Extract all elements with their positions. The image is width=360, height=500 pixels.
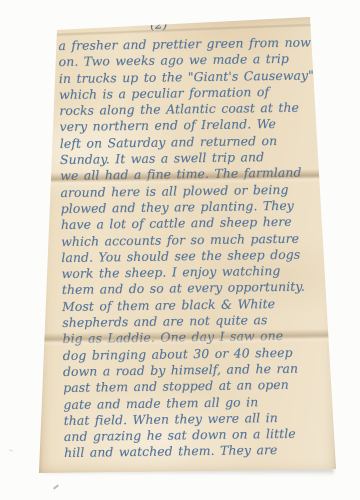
paper-speck	[53, 484, 59, 489]
letter-text: (2) a fresher and prettier green from no…	[58, 13, 318, 461]
letter-paper: (2) a fresher and prettier green from no…	[0, 0, 360, 500]
paper-speck	[9, 449, 13, 451]
letter-photo: (2) a fresher and prettier green from no…	[0, 0, 360, 500]
page-number: (2)	[58, 13, 312, 35]
